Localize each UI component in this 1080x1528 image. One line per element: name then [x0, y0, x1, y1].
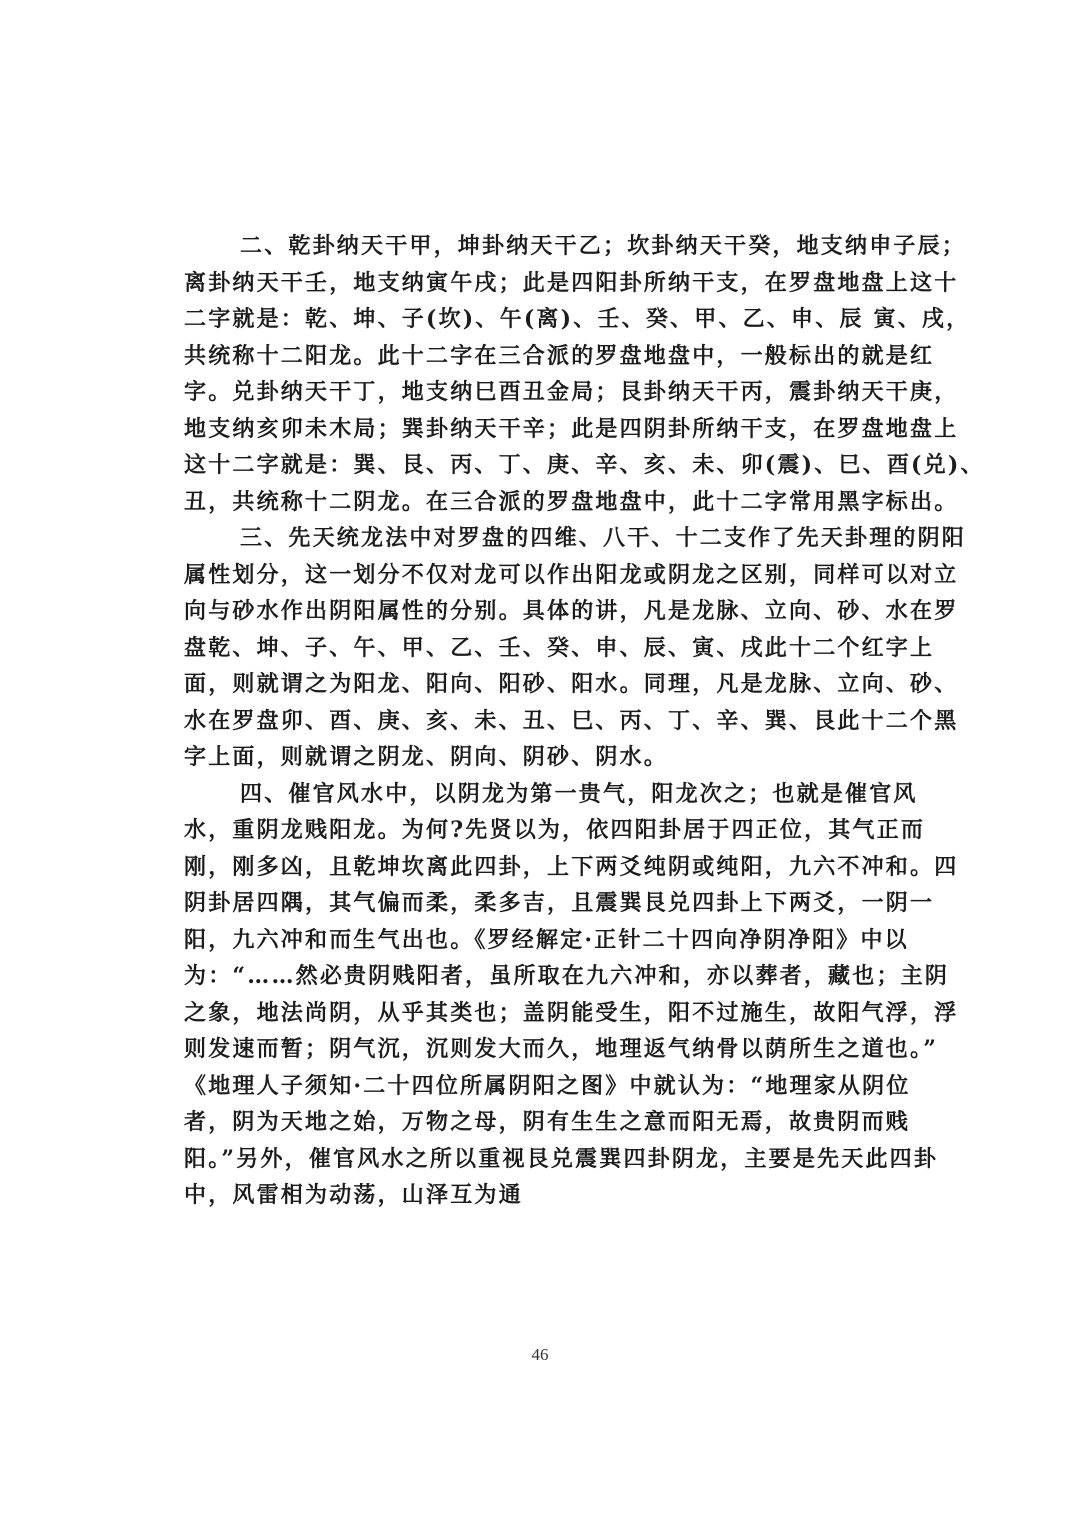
text-line: 离卦纳天干壬，地支纳寅午戌；此是四阳卦所纳干支，在罗盘地盘上这十: [184, 265, 916, 302]
text-line: 字上面，则就谓之阴龙、阴向、阴砂、阴水。: [184, 739, 916, 776]
text-line: 字。兑卦纳天干丁，地支纳巳酉丑金局；艮卦纳天干丙，震卦纳天干庚，: [184, 374, 916, 411]
text-line: 这十二字就是：巽、艮、丙、丁、庚、辛、亥、未、卯(震)、巳、酉(兑)、: [184, 447, 916, 484]
text-line: 阳，九六冲和而生气出也。《罗经解定·正针二十四向净阴净阳》中以: [184, 922, 916, 959]
text-line: 向与砂水作出阴阳属性的分别。具体的讲，凡是龙脉、立向、砂、水在罗: [184, 593, 916, 630]
text-line: 为：“……然必贵阴贱阳者，虽所取在九六冲和，亦以葬者，藏也；主阴: [184, 958, 916, 995]
text-line: 《地理人子须知·二十四位所属阴阳之图》中就认为：“地理家从阴位: [184, 1068, 916, 1105]
text-line: 四、催官风水中，以阴龙为第一贵气，阳龙次之；也就是催官风: [184, 776, 916, 813]
text-line: 中，风雷相为动荡，山泽互为通: [184, 1177, 916, 1214]
text-line: 阴卦居四隅，其气偏而柔，柔多吉，且震巽艮兑四卦上下两爻，一阴一: [184, 885, 916, 922]
text-line: 阳。”另外，催官风水之所以重视艮兑震巽四卦阴龙，主要是先天此四卦: [184, 1141, 916, 1178]
text-line: 刚，刚多凶，且乾坤坎离此四卦，上下两爻纯阴或纯阳，九六不冲和。四: [184, 849, 916, 886]
text-line: 二、乾卦纳天干甲，坤卦纳天干乙；坎卦纳天干癸，地支纳申子辰；: [184, 228, 916, 265]
text-line: 水在罗盘卯、酉、庚、亥、未、丑、巳、丙、丁、辛、巽、艮此十二个黑: [184, 703, 916, 740]
text-line: 者，阴为天地之始，万物之母，阴有生生之意而阳无焉，故贵阴而贱: [184, 1104, 916, 1141]
text-line: 盘乾、坤、子、午、甲、乙、壬、癸、申、辰、寅、戌此十二个红字上: [184, 630, 916, 667]
text-line: 之象，地法尚阴，从乎其类也；盖阴能受生，阳不过施生，故阳气浮，浮: [184, 995, 916, 1032]
text-line: 面，则就谓之为阳龙、阳向、阳砂、阳水。同理，凡是龙脉、立向、砂、: [184, 666, 916, 703]
page-number: 46: [0, 1345, 1080, 1365]
text-line: 三、先天统龙法中对罗盘的四维、八干、十二支作了先天卦理的阴阳: [184, 520, 916, 557]
text-line: 水，重阴龙贱阳龙。为何?先贤以为，依四阳卦居于四正位，其气正而: [184, 812, 916, 849]
text-line: 则发速而暂；阴气沉，沉则发大而久，地理返气纳骨以荫所生之道也。”: [184, 1031, 916, 1068]
text-line: 丑，共统称十二阴龙。在三合派的罗盘地盘中，此十二字常用黑字标出。: [184, 484, 916, 521]
text-line: 共统称十二阳龙。此十二字在三合派的罗盘地盘中，一般标出的就是红: [184, 338, 916, 375]
body-text: 二、乾卦纳天干甲，坤卦纳天干乙；坎卦纳天干癸，地支纳申子辰； 离卦纳天干壬，地支…: [184, 228, 916, 1214]
text-line: 属性划分，这一划分不仅对龙可以作出阳龙或阴龙之区别，同样可以对立: [184, 557, 916, 594]
document-page: 二、乾卦纳天干甲，坤卦纳天干乙；坎卦纳天干癸，地支纳申子辰； 离卦纳天干壬，地支…: [0, 0, 1080, 1528]
text-line: 地支纳亥卯未木局；巽卦纳天干辛；此是四阴卦所纳干支，在罗盘地盘上: [184, 411, 916, 448]
text-line: 二字就是：乾、坤、子(坎)、午(离)、壬、癸、甲、乙、申、辰 寅、戌，: [184, 301, 916, 338]
